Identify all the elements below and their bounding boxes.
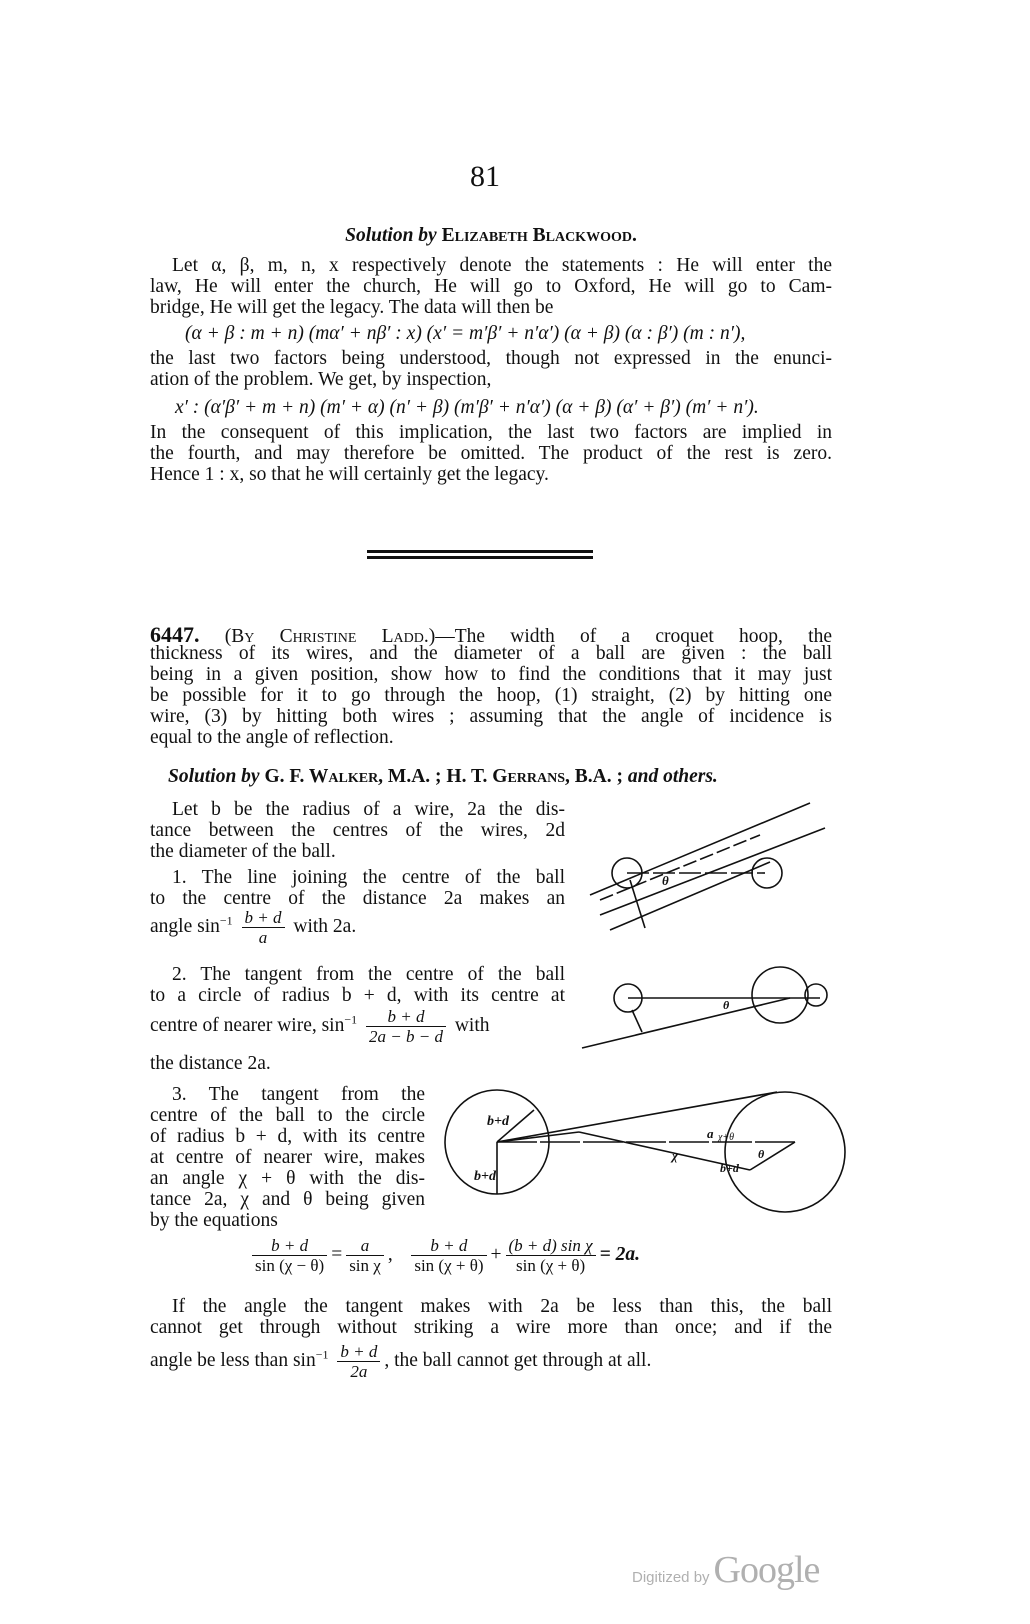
case1-suffix: with 2a. [293, 916, 356, 937]
case3-line6: tance 2a, χ and θ being given [150, 1189, 425, 1211]
case1-line2: to the centre of the distance 2a makes a… [150, 888, 565, 910]
case2-prefix: centre of nearer wire, sin [150, 1015, 344, 1036]
svg-text:χ: χ [670, 1148, 679, 1163]
case2-fraction: b + d2a − b − d [366, 1007, 446, 1046]
case3-line7: by the equations [150, 1210, 425, 1232]
para3-line1: In the consequent of this implication, t… [150, 422, 832, 444]
para2-line1: the last two factors being understood, t… [150, 348, 832, 370]
case3-line3: of radius b + d, with its centre [150, 1126, 425, 1148]
eq-sign: = [331, 1244, 342, 1265]
section-divider-top [367, 550, 593, 553]
solution-heading-1: Solution by Elizabeth Blackwood. [150, 225, 832, 247]
watermark-prefix: Digitized by [632, 1569, 710, 1586]
svg-text:b+d: b+d [720, 1161, 740, 1175]
para1-line3: bridge, He will get the legacy. The data… [150, 297, 832, 319]
problem-line3: being in a given position, show how to f… [150, 664, 832, 686]
conclusion-suffix: , the ball cannot get through at all. [384, 1350, 651, 1371]
case2-last: the distance 2a. [150, 1053, 565, 1075]
eq-frac-3: b + dsin (χ + θ) [411, 1236, 486, 1275]
case1-prefix: angle sin [150, 916, 220, 937]
formula-2: x′ : (α′β′ + m + n) (m′ + α) (n′ + β) (m… [175, 397, 857, 419]
eq-frac-4: (b + d) sin χsin (χ + θ) [506, 1236, 596, 1275]
case3-line2: centre of the ball to the circle [150, 1105, 425, 1127]
solution-authors: G. F. Walker, M.A. ; H. T. Gerrans, B.A.… [264, 766, 623, 787]
conclusion-prefix: angle be less than sin [150, 1350, 316, 1371]
figure-3-both-wires: b+d b+d a χ+θ χ θ b+d [445, 1080, 845, 1230]
eq-frac-1: b + dsin (χ − θ) [252, 1236, 327, 1275]
svg-text:b+d: b+d [474, 1169, 497, 1184]
intro-line3: the diameter of the ball. [150, 841, 565, 863]
section-divider-bottom [367, 556, 593, 559]
para3-line2: the fourth, and may therefore be omitted… [150, 443, 832, 465]
case1-fraction: b + da [242, 908, 285, 947]
svg-text:χ+θ: χ+θ [717, 1132, 734, 1143]
case3-equations: b + dsin (χ − θ)=asin χ, b + dsin (χ + θ… [248, 1236, 768, 1275]
case3-line5: an angle χ + θ with the dis- [150, 1168, 425, 1190]
para1-line2: law, He will enter the church, He will g… [150, 276, 832, 298]
case1-formula-line: angle sin−1 b + da with 2a. [150, 908, 565, 947]
intro-line2: tance between the centres of the wires, … [150, 820, 565, 842]
para3-line3: Hence 1 : x, so that he will certainly g… [150, 464, 832, 486]
digitized-by-google-watermark: Digitized by Google [632, 1548, 819, 1592]
svg-text:θ: θ [758, 1147, 765, 1161]
figure-1-straight-path: θ [585, 800, 835, 940]
formula-1: (α + β : m + n) (mα′ + nβ′ : x) (x′ = m′… [185, 323, 867, 345]
svg-text:b+d: b+d [487, 1114, 510, 1129]
para2-line2: ation of the problem. We get, by inspect… [150, 369, 832, 391]
eq-comma: , [388, 1244, 393, 1265]
solution-others: and others. [628, 766, 718, 787]
solution-by-label: Solution by [345, 225, 437, 246]
problem-line2: thickness of its wires, and the diameter… [150, 643, 832, 665]
inverse-sup: −1 [344, 1012, 357, 1026]
google-logo: Google [714, 1549, 820, 1591]
eq-frac-2: asin χ [346, 1236, 384, 1275]
problem-line5: wire, (3) by hitting both wires ; assumi… [150, 706, 832, 728]
page-number: 81 [470, 160, 500, 194]
case3-line4: at centre of nearer wire, makes [150, 1147, 425, 1169]
figure-2-one-wire: θ [580, 960, 840, 1060]
eq-rhs: = 2a. [600, 1244, 640, 1265]
case1-line1: 1. The line joining the centre of the ba… [150, 867, 565, 889]
case2-formula-line: centre of nearer wire, sin−1 b + d2a − b… [150, 1007, 565, 1046]
svg-text:θ: θ [723, 998, 730, 1012]
inverse-sup: −1 [220, 913, 233, 927]
svg-text:a: a [707, 1126, 714, 1141]
case3-line1: 3. The tangent from the [150, 1084, 425, 1106]
problem-line6: equal to the angle of reflection. [150, 727, 832, 749]
case2-line1: 2. The tangent from the centre of the ba… [150, 964, 565, 986]
case2-line2: to a circle of radius b + d, with its ce… [150, 985, 565, 1007]
para1-line1: Let α, β, m, n, x respectively denote th… [150, 255, 832, 277]
solution-heading-2: Solution by G. F. Walker, M.A. ; H. T. G… [168, 766, 850, 788]
conclusion-line3: angle be less than sin−1 b + d2a, the ba… [150, 1342, 832, 1381]
conclusion-line2: cannot get through without striking a wi… [150, 1317, 832, 1339]
solution-by-label: Solution by [168, 766, 260, 787]
eq-plus: + [491, 1244, 502, 1265]
conclusion-fraction: b + d2a [337, 1342, 380, 1381]
intro-line1: Let b be the radius of a wire, 2a the di… [150, 799, 565, 821]
svg-text:θ: θ [662, 873, 669, 888]
conclusion-line1: If the angle the tangent makes with 2a b… [150, 1296, 832, 1318]
inverse-sup: −1 [316, 1347, 329, 1361]
solution-author: Elizabeth Blackwood. [442, 225, 637, 246]
problem-line4: be possible for it to go through the hoo… [150, 685, 832, 707]
case2-suffix: with [455, 1015, 490, 1036]
